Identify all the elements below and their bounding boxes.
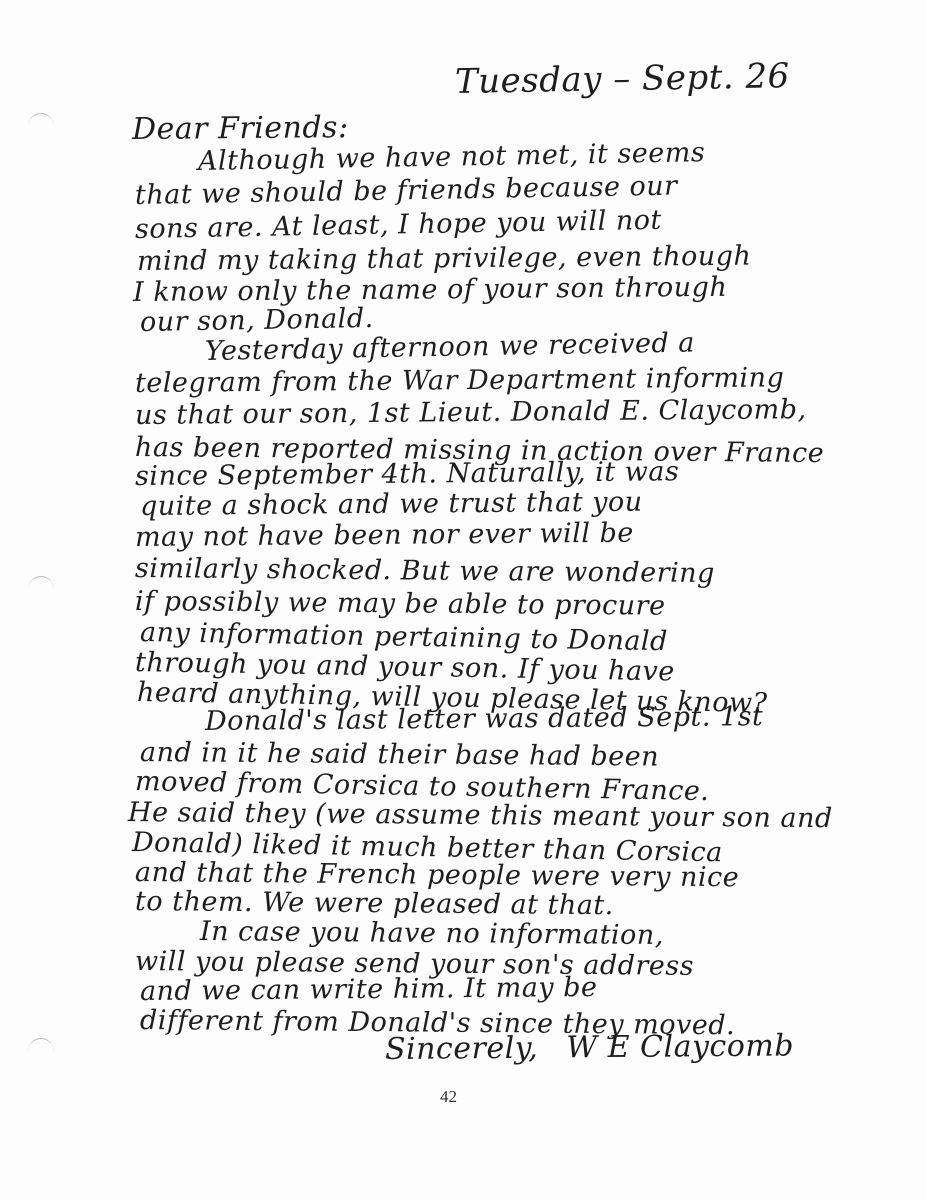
- letter-date: Tuesday – Sept. 26: [455, 56, 790, 102]
- body-line: us that our son, 1st Lieut. Donald E. Cl…: [135, 394, 807, 431]
- binder-hole-middle: [28, 576, 54, 603]
- body-line: may not have been nor ever will be: [135, 518, 634, 553]
- body-line: quite a shock and we trust that you: [140, 487, 643, 522]
- body-line: similarly shocked. But we are wondering: [135, 553, 715, 589]
- body-line: and we can write him. It may be: [140, 972, 598, 1007]
- body-line: telegram from the War Department informi…: [135, 362, 785, 399]
- body-line: I know only the name of your son through: [133, 272, 728, 308]
- binder-hole-top: [28, 113, 54, 140]
- binder-hole-bottom: [28, 1038, 54, 1065]
- body-line: if possibly we may be able to procure: [135, 586, 666, 622]
- body-line: sons are. At least, I hope you will not: [135, 205, 662, 245]
- body-line: In case you have no information,: [200, 916, 664, 951]
- letter-signature: W E Claycomb: [566, 1028, 794, 1065]
- letter-salutation: Dear Friends:: [132, 110, 349, 147]
- page-number: 42: [440, 1087, 457, 1107]
- body-line: Donald's last letter was dated Sept. 1st: [205, 701, 764, 737]
- scanned-letter-page: Tuesday – Sept. 26 Dear Friends: Althoug…: [0, 0, 927, 1200]
- letter-signature-block: Sincerely, W E Claycomb: [385, 1028, 794, 1067]
- letter-closing: Sincerely,: [385, 1031, 539, 1067]
